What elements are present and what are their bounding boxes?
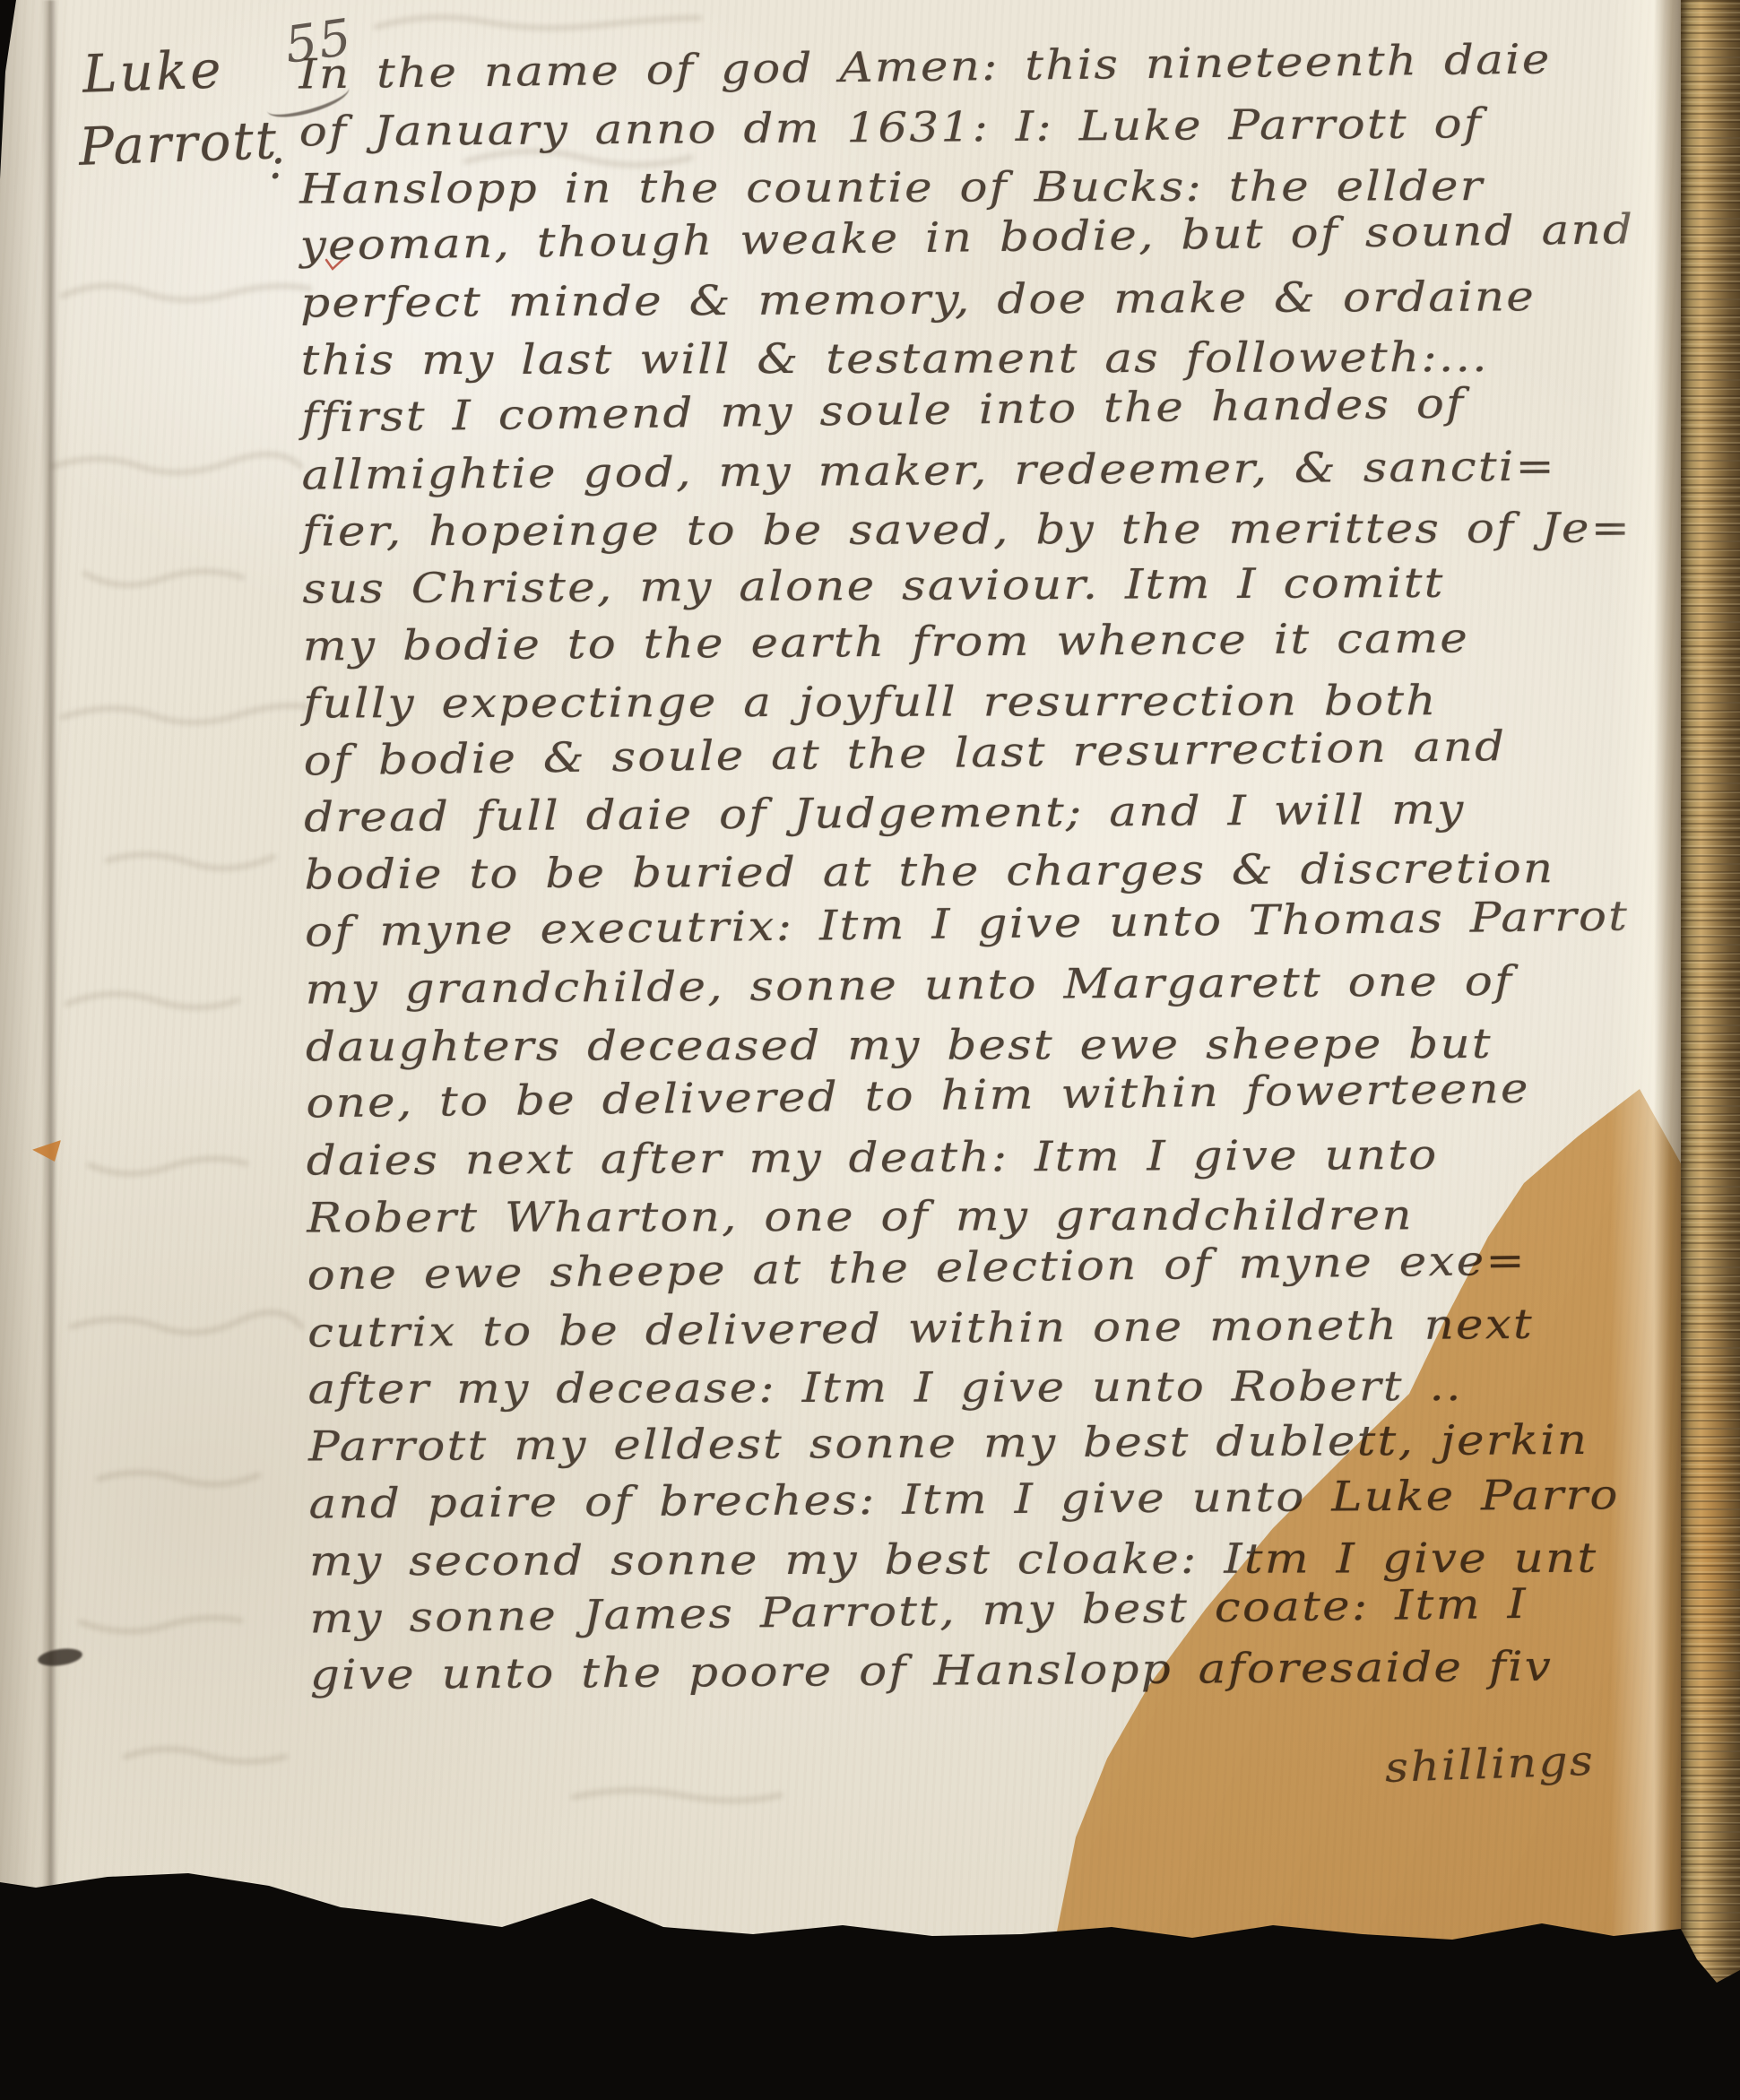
- margin-note-name-first: Luke: [82, 39, 225, 104]
- gutter-crease: [41, 0, 57, 1889]
- manuscript-line: In the name of god Amen: this nineteenth…: [299, 32, 1552, 99]
- manuscript-line: my sonne James Parrott, my best coate: I…: [309, 1577, 1528, 1644]
- manuscript-line: one ewe sheepe at the election of myne e…: [307, 1234, 1527, 1301]
- manuscript-line: fier, hopeinge to be saved, by the merit…: [302, 502, 1632, 557]
- manuscript-line: this my last will & testament as followe…: [301, 331, 1489, 385]
- manuscript-text: In the name of god Amen: this nineteenth…: [299, 31, 1714, 1816]
- manuscript-line: daies next after my death: Itm I give un…: [307, 1128, 1439, 1187]
- margin-note-name-last: Parrott: [78, 109, 279, 177]
- manuscript-line: perfect minde & memory, doe make & ordai…: [300, 270, 1536, 328]
- manuscript-line: my bodie to the earth from whence it cam…: [303, 611, 1470, 671]
- manuscript-line: my grandchilde, sonne unto Margarett one…: [305, 955, 1513, 1015]
- manuscript-line: and paire of breches: Itm I give unto Lu…: [308, 1468, 1620, 1529]
- manuscript-line: fully expectinge a joyfull resurrection …: [303, 674, 1438, 729]
- manuscript-line: one, to be delivered to him within fower…: [306, 1062, 1530, 1129]
- manuscript-line: cutrix to be delivered within one moneth…: [307, 1297, 1534, 1358]
- manuscript-line: ffirst I comend my soule into the handes…: [301, 376, 1466, 443]
- manuscript-line: bodie to be buried at the charges & disc…: [304, 842, 1554, 900]
- manuscript-line: dread full daie of Judgement; and I will…: [304, 783, 1466, 843]
- manuscript-page: 55 Luke Parrott : In the name of god Ame…: [0, 0, 1681, 2100]
- manuscript-line: Parrott my elldest sonne my best dublett…: [308, 1413, 1589, 1472]
- manuscript-line: Robert Wharton, one of my grandchildren: [307, 1188, 1414, 1243]
- manuscript-line: of bodie & soule at the last resurrectio…: [303, 720, 1506, 786]
- manuscript-line: of myne executrix: Itm I give unto Thoma…: [305, 889, 1630, 957]
- manuscript-line: of January anno dm 1631: I: Luke Parrott…: [299, 97, 1484, 157]
- manuscript-photo: 55 Luke Parrott : In the name of god Ame…: [0, 0, 1740, 2100]
- margin-note-separator: :: [269, 136, 285, 190]
- manuscript-line: sus Christe, my alone saviour. Itm I com…: [302, 557, 1445, 615]
- manuscript-line: give unto the poore of Hanslopp aforesai…: [310, 1640, 1554, 1701]
- book-page-edges: [1681, 0, 1740, 2100]
- catchword: shillings: [1384, 1736, 1596, 1792]
- manuscript-line: after my decease: Itm I give unto Robert…: [308, 1360, 1463, 1414]
- manuscript-line: allmightie god, my maker, redeemer, & sa…: [301, 439, 1556, 500]
